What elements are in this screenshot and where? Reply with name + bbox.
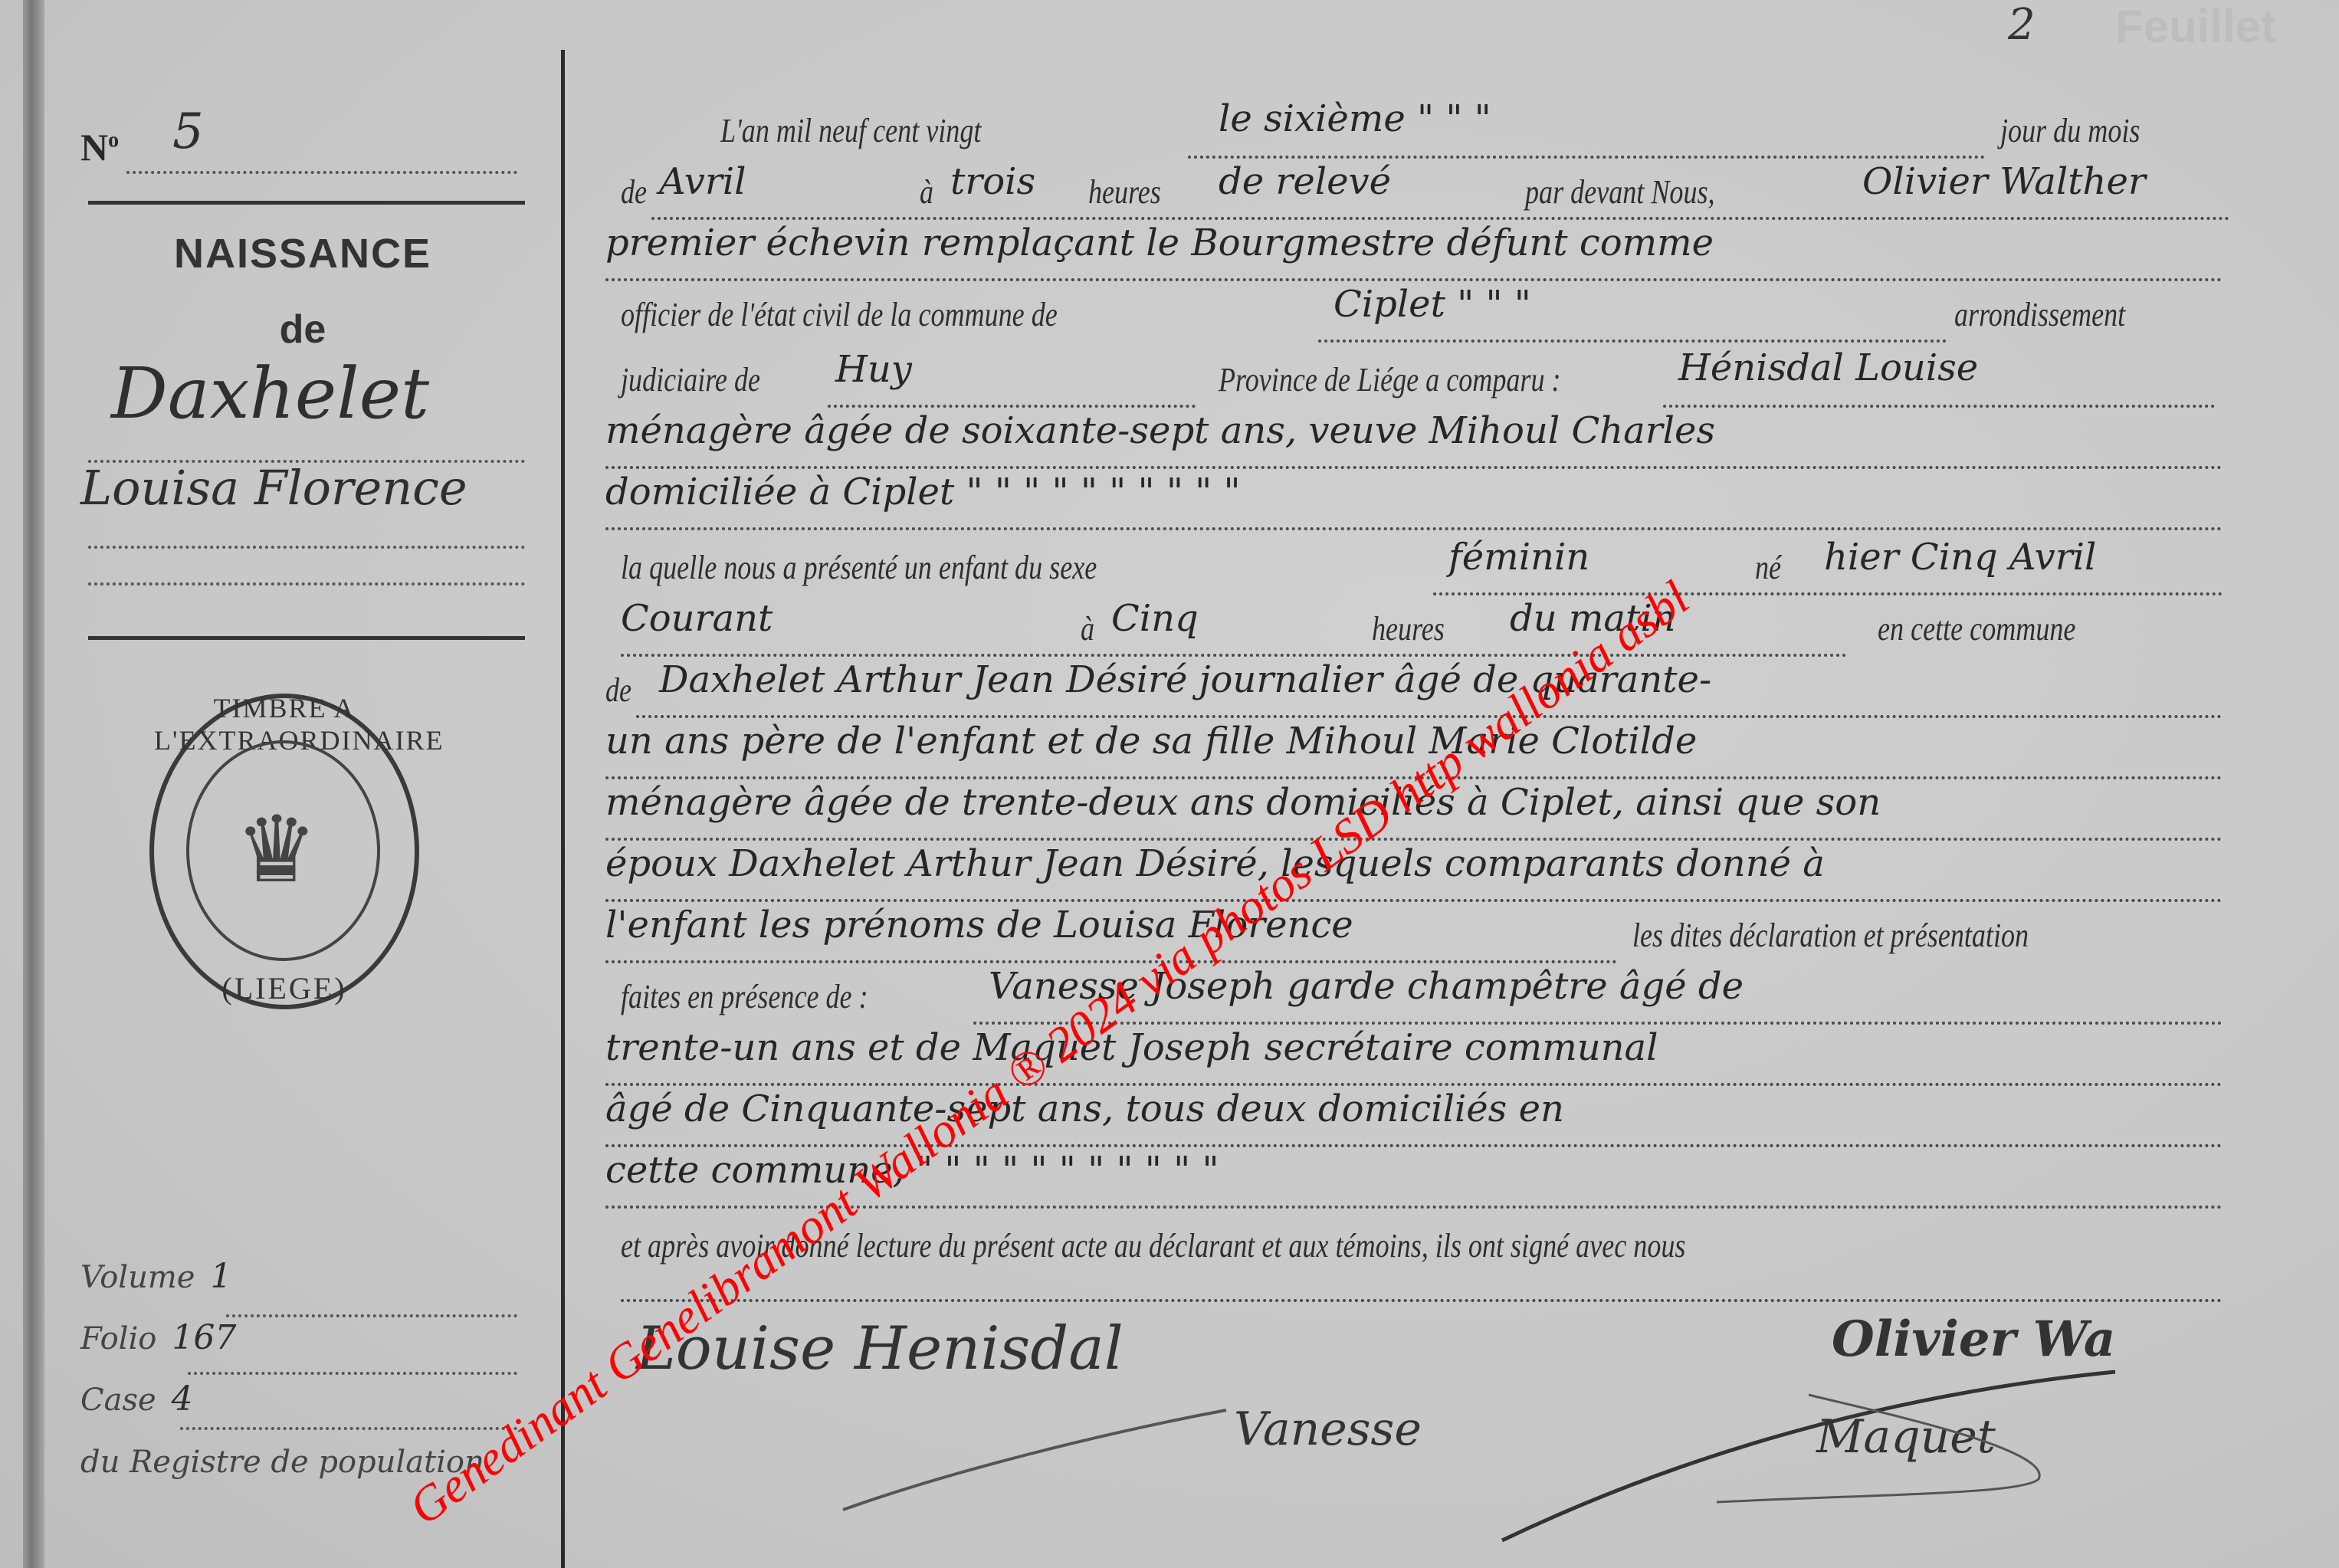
case-label: Case: [80, 1383, 156, 1418]
binding-spine: [23, 0, 44, 1568]
folio-label: Folio: [80, 1321, 156, 1356]
stamp-inner-ring: ♛: [186, 740, 380, 961]
folio-dotted-line: [188, 1372, 517, 1375]
volume-label: Volume: [80, 1260, 195, 1295]
folio-value: 167: [172, 1318, 236, 1357]
case-row: Case4: [80, 1379, 193, 1419]
case-value: 4: [172, 1379, 193, 1419]
showthrough-text: Feuillet: [2115, 0, 2276, 53]
act-line-4: officier de l'état civil de la commune d…: [605, 287, 2223, 356]
witness-flourish-icon: [835, 1387, 1234, 1517]
signature-officer: Olivier Wa: [1832, 1310, 2115, 1368]
act-line-7: domiciliée à Ciplet " " " " " " " " " ": [605, 475, 2223, 544]
folio-row: Folio167: [80, 1318, 236, 1357]
tax-stamp: TIMBRE A L'EXTRAORDINAIRE ♛ (LIEGE): [149, 694, 419, 1009]
record-number: No 5: [80, 111, 525, 165]
record-type-de: de: [80, 307, 525, 353]
volume-dotted-line: [226, 1314, 517, 1317]
subject-given-names: Louisa Florence: [80, 460, 467, 516]
column-divider: [561, 50, 565, 1568]
signature-witness-1: Vanesse: [1234, 1402, 1422, 1456]
subject-surname: Daxhelet: [111, 353, 429, 435]
number-value: 5: [172, 103, 204, 160]
rule: [88, 201, 525, 205]
crowned-lion-icon: ♛: [235, 797, 318, 904]
record-type-title: NAISSANCE: [80, 230, 525, 277]
signature-guide-line: [621, 1299, 2223, 1302]
given-dotted-line: [88, 546, 525, 549]
page-number: 2: [2008, 0, 2036, 50]
number-dotted-line: [126, 171, 517, 174]
civil-record-page: Feuillet 2 No 5 NAISSANCE de Daxhelet Lo…: [0, 0, 2339, 1568]
stamp-bottom-text: (LIEGE): [154, 970, 415, 1006]
case-dotted-line: [180, 1427, 517, 1430]
signature-flourish-icon: [1487, 1364, 2138, 1556]
number-label: No: [80, 125, 119, 169]
act-line-8: la quelle nous a présenté un enfant du s…: [605, 540, 2223, 609]
volume-row: Volume1: [80, 1257, 231, 1296]
blank-dotted-line: [88, 582, 525, 586]
volume-value: 1: [210, 1257, 231, 1296]
rule: [88, 636, 525, 640]
